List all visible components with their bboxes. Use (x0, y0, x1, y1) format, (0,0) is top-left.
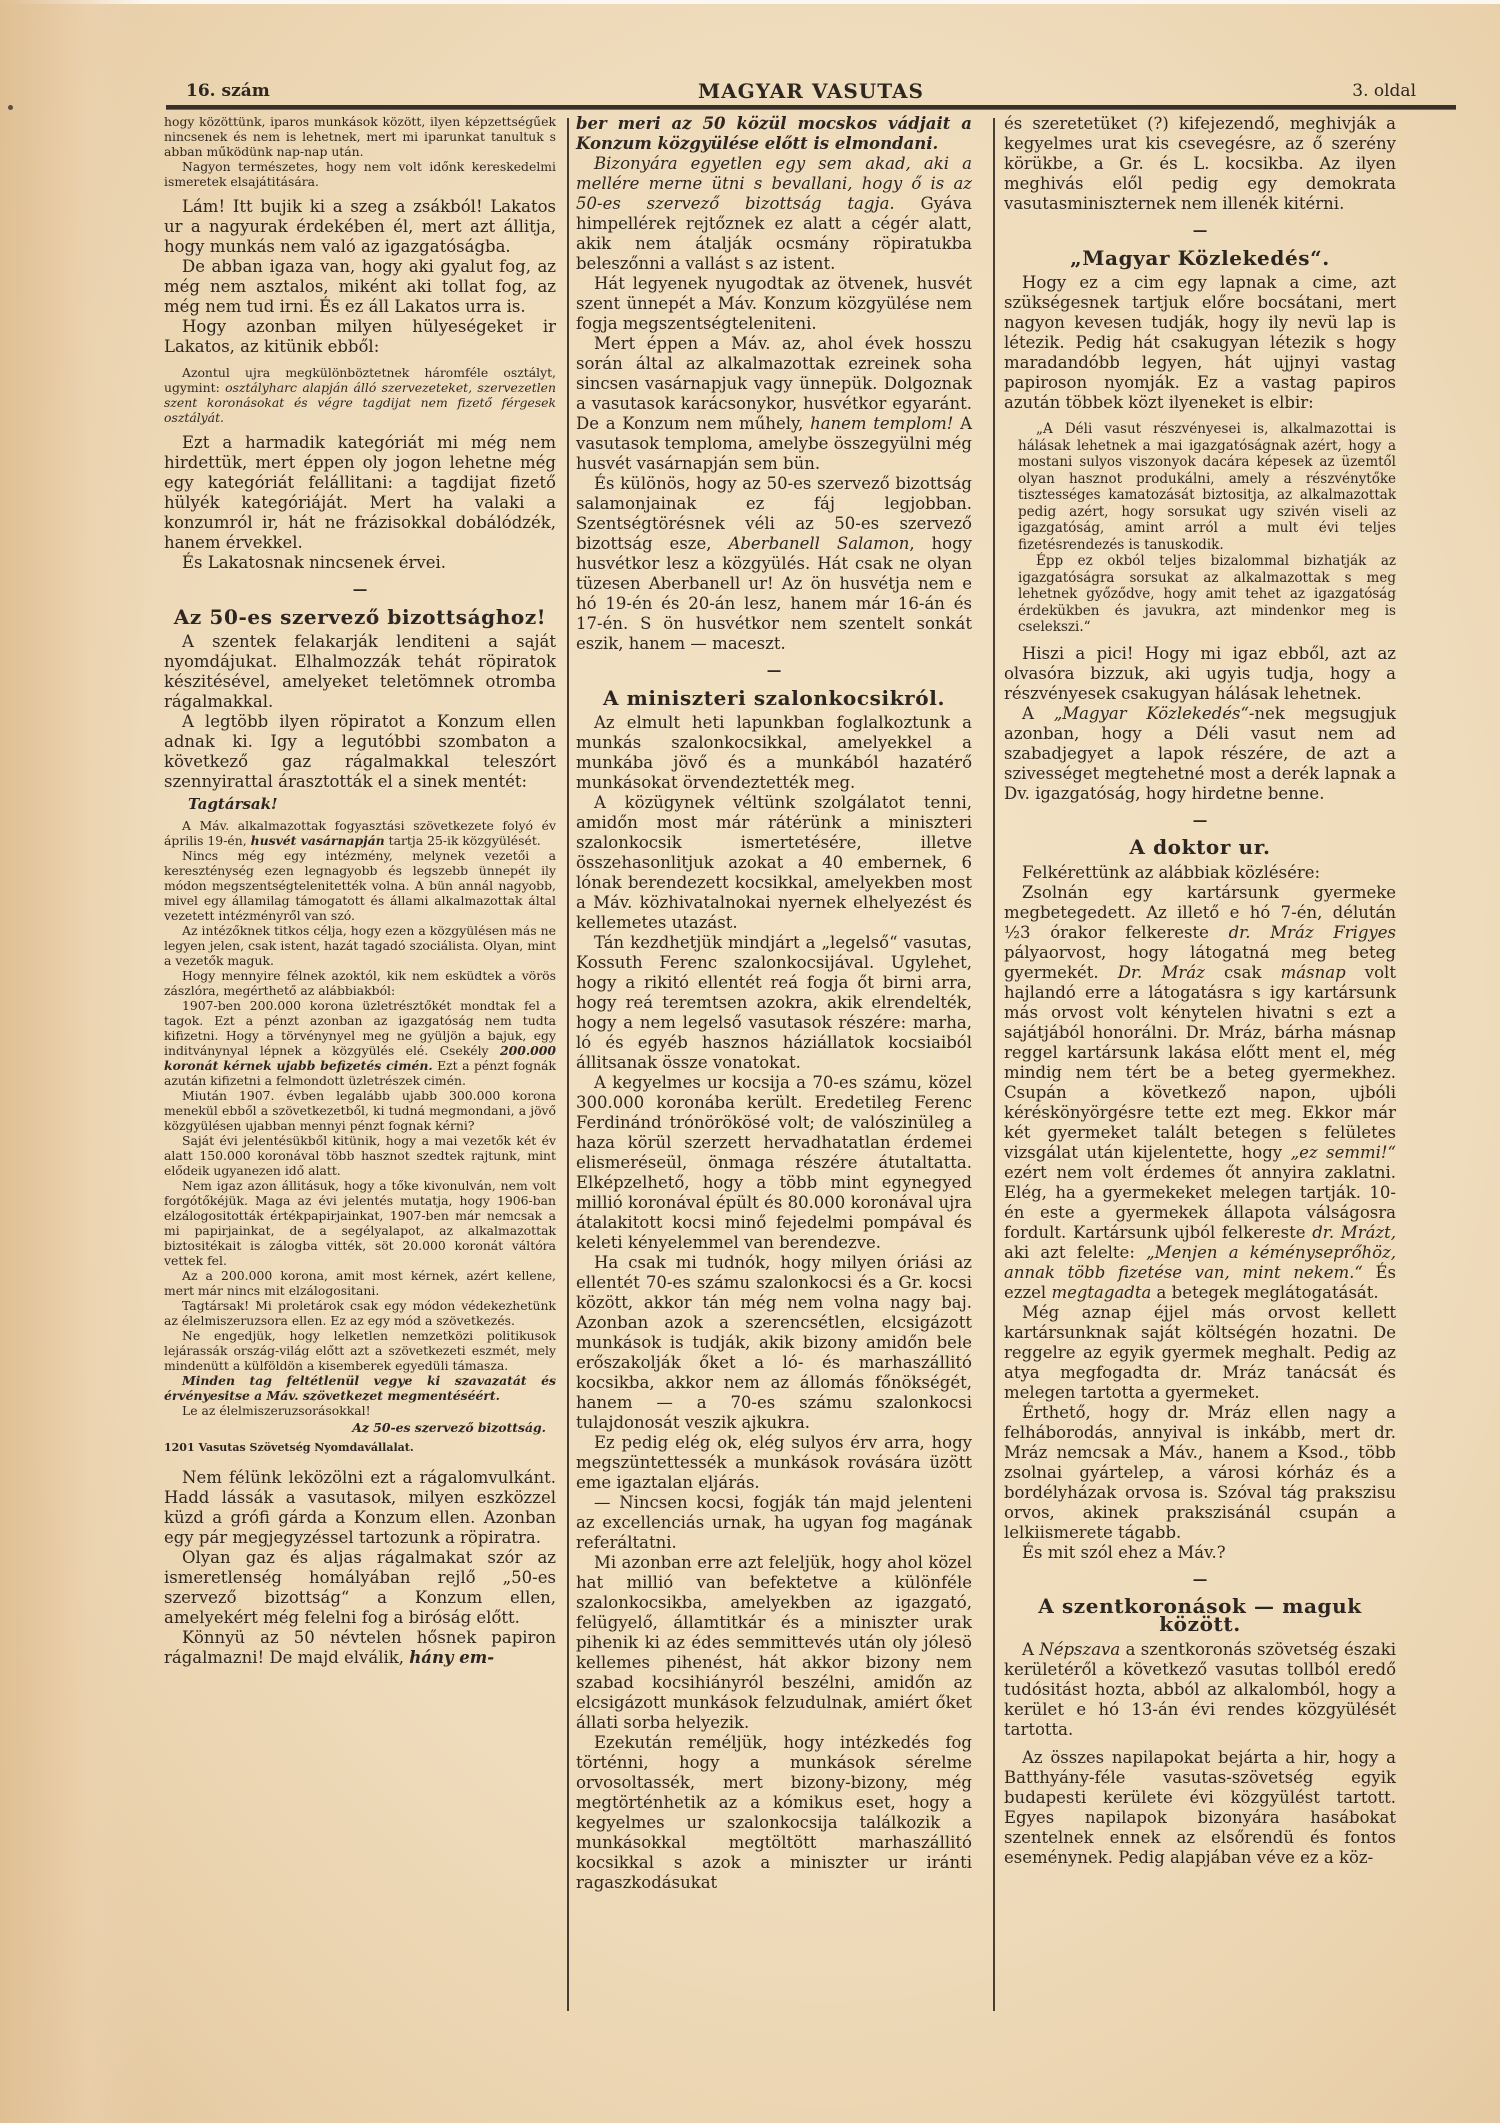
paragraph: hogy közöttünk, iparos munkások között, … (164, 114, 556, 159)
leaflet-paragraph: Ne engedjük, hogy lelketlen nemzetközi p… (164, 1328, 556, 1373)
paragraph: Felkérettünk az alábbiak közlésére: (1004, 863, 1396, 883)
separator-dash: — (1004, 222, 1396, 240)
paragraph: Hiszi a pici! Hogy mi igaz ebből, azt az… (1004, 644, 1396, 704)
column-right: és szeretetüket (?) kifejezendő, meghivj… (1004, 114, 1396, 1868)
paragraph: Nem félünk leközölni ezt a rágalomvulkán… (164, 1468, 556, 1548)
paragraph: Ezekután reméljük, hogy intézkedés fog t… (576, 1733, 972, 1893)
article-heading: A szentkoronások — maguk között. (1004, 1598, 1396, 1633)
page-shadow (0, 0, 150, 2123)
leaflet-paragraph: Le az élelmiszeruzsorásokkal! (164, 1403, 556, 1418)
paragraph: Ez pedig elég ok, elég sulyos érv arra, … (576, 1433, 972, 1493)
page-number: 3. oldal (1352, 81, 1416, 101)
paragraph: Mert éppen a Máv. az, ahol évek hosszu s… (576, 334, 972, 474)
leaflet-title: Tagtársak! (188, 796, 556, 814)
separator-dash: — (576, 662, 972, 680)
paragraph: Bizonyára egyetlen egy sem akad, aki a m… (576, 154, 972, 274)
paragraph: A közügynek véltünk szolgálatot tenni, a… (576, 793, 972, 933)
separator-dash: — (1004, 812, 1396, 830)
paragraph: Zsolnán egy kartársunk gyermeke megbeteg… (1004, 883, 1396, 1303)
quote-paragraph: Épp ez okból teljes bizalommal bizhatják… (1018, 553, 1396, 636)
paragraph: Mi azonban erre azt feleljük, hogy ahol … (576, 1553, 972, 1733)
quoted-text: Azontul ujra megkülönböztetnek háromféle… (164, 365, 556, 425)
printer-imprint: 1201 Vasutas Szövetség Nyomdavállalat. (164, 1439, 556, 1457)
leaflet-paragraph: Miután 1907. évben legalább ujabb 300.00… (164, 1088, 556, 1133)
leaflet-paragraph: Nem igaz azon állitásuk, hogy a tőke kiv… (164, 1178, 556, 1268)
newspaper-title: MAGYAR VASUTAS (166, 79, 1456, 103)
paragraph: Érthető, hogy dr. Mráz ellen nagy a felh… (1004, 1403, 1396, 1543)
leaflet-paragraph: Nincs még egy intézmény, melynek vezetői… (164, 848, 556, 923)
paragraph: A „Magyar Közlekedés“-nek megsugjuk azon… (1004, 704, 1396, 804)
page-header: 16. szám MAGYAR VASUTAS 3. oldal (166, 79, 1456, 107)
paragraph: Tán kezdhetjük mindjárt a „legelső“ vasu… (576, 933, 972, 1073)
separator-dash: — (164, 581, 556, 599)
leaflet-paragraph: Minden tag feltétlenül vegye ki szavazat… (164, 1373, 556, 1403)
paper-spot (8, 105, 13, 110)
column-divider (993, 118, 995, 2011)
page-edge (0, 0, 1500, 4)
paragraph: Még aznap éjjel más orvost kellett kartá… (1004, 1303, 1396, 1403)
paragraph: A legtöbb ilyen röpiratot a Konzum ellen… (164, 712, 556, 792)
leaflet-signature: Az 50-es szervező bizottság. (164, 1420, 546, 1435)
paragraph: Ezt a harmadik kategóriát mi még nem hir… (164, 433, 556, 553)
column-left: hogy közöttünk, iparos munkások között, … (164, 114, 556, 1668)
article-heading: Az 50-es szervező bizottsághoz! (164, 609, 556, 627)
leaflet-paragraph: A Máv. alkalmazottak fogyasztási szövetk… (164, 818, 556, 848)
leaflet-paragraph: Tagtársak! Mi proletárok csak egy módon … (164, 1298, 556, 1328)
paragraph: A Népszava a szentkoronás szövetség észa… (1004, 1640, 1396, 1740)
paragraph: Nagyon természetes, hogy nem volt időnk … (164, 159, 556, 189)
article-heading: A doktor ur. (1004, 839, 1396, 857)
paragraph: De abban igaza van, hogy aki gyalut fog,… (164, 257, 556, 317)
paragraph: Ha csak mi tudnók, hogy milyen óriási az… (576, 1253, 972, 1433)
header-rule (166, 105, 1456, 110)
quote-paragraph: „A Déli vasut részvényesei is, alkalmazo… (1018, 421, 1396, 553)
paragraph: — Nincsen kocsi, fogják tán majd jelente… (576, 1493, 972, 1553)
leaflet-paragraph: 1907-ben 200.000 korona üzletrésztőkét m… (164, 998, 556, 1088)
separator-dash: — (1004, 1571, 1396, 1589)
paragraph: Hát legyenek nyugodtak az ötvenek, husvé… (576, 274, 972, 334)
column-middle: ber meri az 50 közül mocskos vádjait a K… (576, 114, 972, 1893)
paragraph: és szeretetüket (?) kifejezendő, meghivj… (1004, 114, 1396, 214)
paragraph: Hogy ez a cim egy lapnak a cime, azt szü… (1004, 273, 1396, 413)
paragraph: És különös, hogy az 50-es szervező bizot… (576, 474, 972, 654)
paragraph: A kegyelmes ur kocsija a 70-es számu, kö… (576, 1073, 972, 1253)
leaflet-paragraph: Az intézőknek titkos célja, hogy ezen a … (164, 923, 556, 968)
leaflet-paragraph: Hogy mennyire félnek azoktól, kik nem es… (164, 968, 556, 998)
paragraph: És Lakatosnak nincsenek érvei. (164, 553, 556, 573)
paragraph: Hogy azonban milyen hülyeségeket ir Laka… (164, 317, 556, 357)
paragraph: ber meri az 50 közül mocskos vádjait a K… (576, 114, 972, 154)
paragraph: Az elmult heti lapunkban foglalkoztunk a… (576, 713, 972, 793)
paragraph: Könnyü az 50 névtelen hősnek papiron rág… (164, 1628, 556, 1668)
article-heading: A miniszteri szalonkocsikról. (576, 690, 972, 708)
paragraph: Lám! Itt bujik ki a szeg a zsákból! Laka… (164, 197, 556, 257)
leaflet-paragraph: Saját évi jelentésükből kitünik, hogy a … (164, 1133, 556, 1178)
leaflet-paragraph: Az a 200.000 korona, amit most kérnek, a… (164, 1268, 556, 1298)
paragraph: A szentek felakarják lenditeni a saját n… (164, 632, 556, 712)
block-quote: „A Déli vasut részvényesei is, alkalmazo… (1004, 421, 1396, 636)
column-divider (567, 118, 569, 2011)
paragraph: Az összes napilapokat bejárta a hir, hog… (1004, 1748, 1396, 1868)
paragraph: És mit szól ehez a Máv.? (1004, 1543, 1396, 1563)
article-heading: „Magyar Közlekedés“. (1004, 250, 1396, 268)
paragraph: Olyan gaz és aljas rágalmakat szór az is… (164, 1548, 556, 1628)
